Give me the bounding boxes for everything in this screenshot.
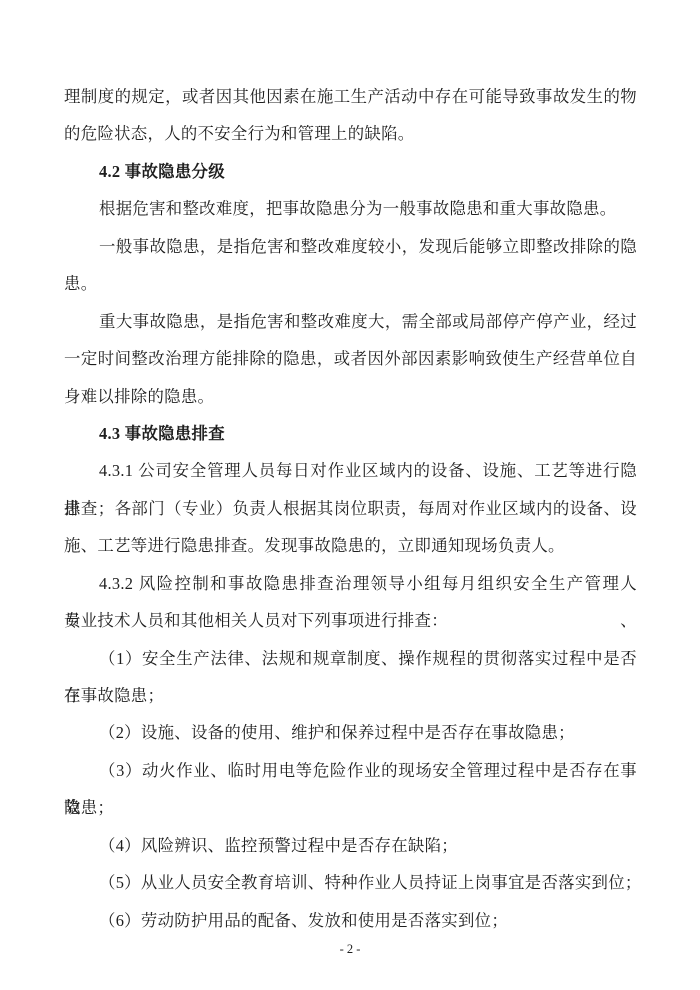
text-line: 排查；各部门（专业）负责人根据其岗位职责，每周对作业区域内的设备、设 — [64, 490, 637, 527]
text-line: 4.3.1 公司安全管理人员每日对作业区域内的设备、设施、工艺等进行隐患 — [64, 452, 637, 489]
text-line: 理制度的规定，或者因其他因素在施工生产活动中存在可能导致事故发生的物 — [64, 78, 637, 115]
section-heading-4-3: 4.3 事故隐患排查 — [64, 415, 637, 452]
text-line: 隐患； — [64, 789, 637, 826]
section-heading-4-2: 4.2 事故隐患分级 — [64, 153, 637, 190]
text-line: 在事故隐患； — [64, 677, 637, 714]
list-item-5: （5）从业人员安全教育培训、特种作业人员持证上岗事宜是否落实到位； — [64, 864, 637, 901]
text-line: 根据危害和整改难度，把事故隐患分为一般事故隐患和重大事故隐患。 — [64, 190, 637, 227]
list-item-6: （6）劳动防护用品的配备、发放和使用是否落实到位； — [64, 902, 637, 939]
text-line: 一定时间整改治理方能排除的隐患，或者因外部因素影响致使生产经营单位自 — [64, 340, 637, 377]
document-page: 理制度的规定，或者因其他因素在施工生产活动中存在可能导致事故发生的物 的危险状态… — [0, 0, 700, 990]
text-line: 的危险状态，人的不安全行为和管理上的缺陷。 — [64, 115, 637, 152]
list-item-2: （2）设施、设备的使用、维护和保养过程中是否存在事故隐患； — [64, 714, 637, 751]
list-item-4: （4）风险辨识、监控预警过程中是否存在缺陷； — [64, 827, 637, 864]
document-body: 理制度的规定，或者因其他因素在施工生产活动中存在可能导致事故发生的物 的危险状态… — [64, 78, 637, 939]
text-line: 一般事故隐患，是指危害和整改难度较小，发现后能够立即整改排除的隐 — [64, 228, 637, 265]
text-line: 重大事故隐患，是指危害和整改难度大，需全部或局部停产停产业，经过 — [64, 303, 637, 340]
list-item-1: （1）安全生产法律、法规和规章制度、操作规程的贯彻落实过程中是否存 — [64, 640, 637, 677]
text-line: 施、工艺等进行隐患排查。发现事故隐患的，立即通知现场负责人。 — [64, 527, 637, 564]
text-line: 患。 — [64, 265, 637, 302]
list-item-3: （3）动火作业、临时用电等危险作业的现场安全管理过程中是否存在事故 — [64, 752, 637, 789]
page-number: - 2 - — [0, 941, 700, 957]
text-line: 身难以排除的隐患。 — [64, 378, 637, 415]
text-line: 4.3.2 风险控制和事故隐患排查治理领导小组每月组织安全生产管理人员、 — [64, 565, 637, 602]
